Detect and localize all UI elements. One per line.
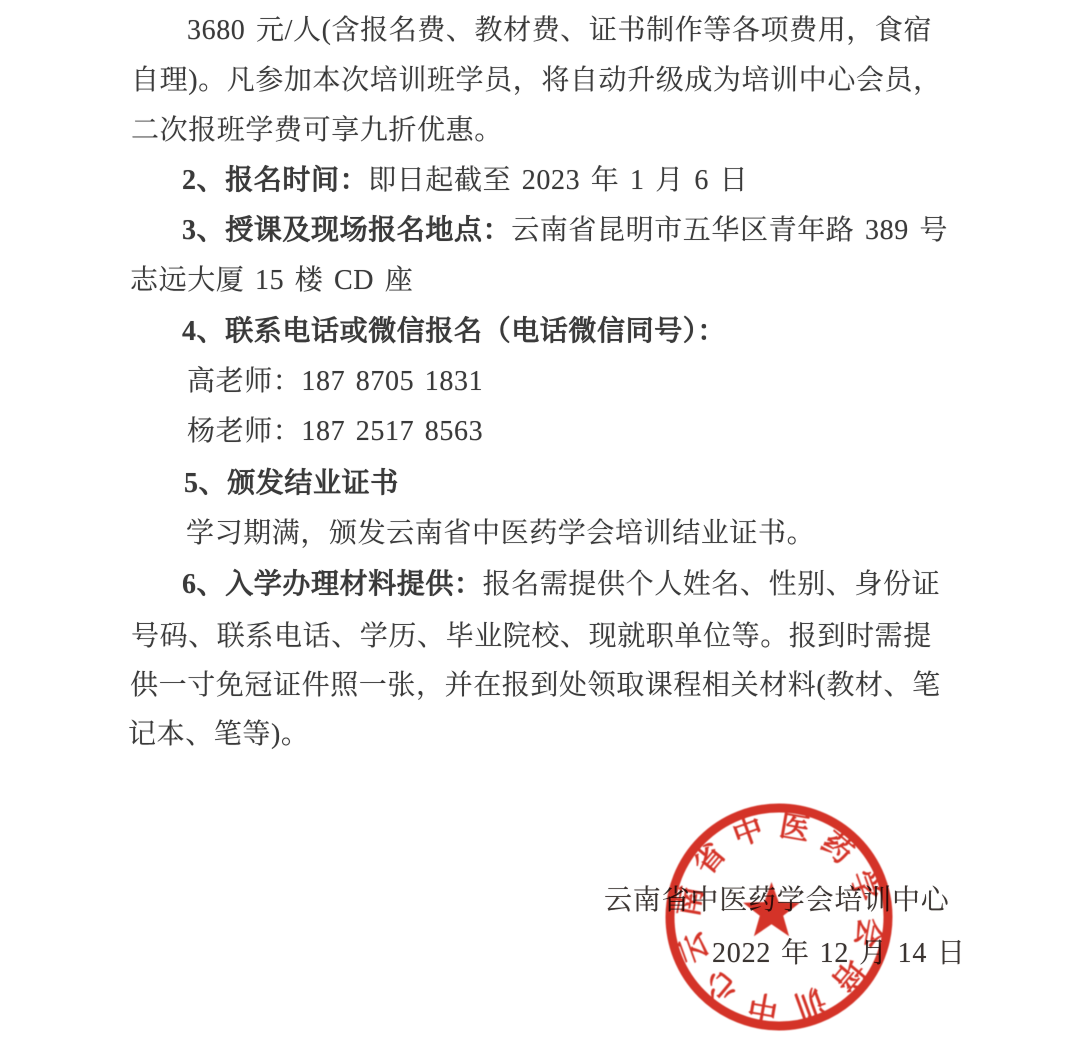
text-line: 学习期满，颁发云南省中医药学会培训结业证书。	[186, 516, 815, 552]
text-line: 5、颁发结业证书	[184, 466, 399, 502]
document-page: 3680 元/人(含报名费、教材费、证书制作等各项费用，食宿 自理)。凡参加本次…	[0, 0, 1080, 1045]
text-line: 3680 元/人(含报名费、教材费、证书制作等各项费用，食宿	[187, 13, 932, 49]
line-text: 杨老师：187 2517 8563	[187, 416, 483, 447]
line-heading: 2、报名时间：	[182, 165, 368, 196]
line-text: 二次报班学费可享九折优惠。	[131, 115, 503, 146]
line-text: 学习期满，颁发云南省中医药学会培训结业证书。	[186, 518, 815, 549]
text-line: 自理)。凡参加本次培训班学员，将自动升级成为培训中心会员，	[131, 63, 942, 99]
line-text: 号码、联系电话、学历、毕业院校、现就职单位等。报到时需提	[131, 621, 932, 652]
line-text: 志远大厦 15 楼 CD 座	[130, 265, 413, 296]
line-text: 3680 元/人(含报名费、教材费、证书制作等各项费用，食宿	[187, 15, 932, 46]
line-text: 云南省昆明市五华区青年路 389 号	[511, 215, 948, 246]
line-heading: 3、授课及现场报名地点：	[182, 215, 511, 246]
stamp-arc-char: 中	[746, 987, 781, 1025]
stamp-arc-char: 医	[777, 810, 812, 848]
text-line: 记本、笔等)。	[128, 717, 310, 753]
stamp-arc-char: 南	[672, 884, 710, 919]
text-line: 杨老师：187 2517 8563	[187, 414, 483, 450]
text-line: 二次报班学费可享九折优惠。	[131, 113, 503, 149]
text-line: 6、入学办理材料提供：报名需提供个人姓名、性别、身份证	[182, 567, 940, 603]
line-heading: 4、联系电话或微信报名（电话微信同号）：	[182, 316, 726, 347]
line-text: 自理)。凡参加本次培训班学员，将自动升级成为培训中心会员，	[131, 65, 942, 96]
text-line: 志远大厦 15 楼 CD 座	[130, 263, 413, 299]
stamp-star-icon	[743, 882, 800, 936]
text-line: 4、联系电话或微信报名（电话微信同号）：	[182, 314, 726, 350]
text-line: 供一寸免冠证件照一张，并在报到处领取课程相关材料(教材、笔	[130, 668, 941, 704]
line-heading: 6、入学办理材料提供：	[182, 569, 483, 600]
text-line: 号码、联系电话、学历、毕业院校、现就职单位等。报到时需提	[131, 619, 932, 655]
line-text: 即日起截至 2023 年 1 月 6 日	[368, 165, 748, 196]
line-text: 供一寸免冠证件照一张，并在报到处领取课程相关材料(教材、笔	[130, 670, 941, 701]
line-text: 报名需提供个人姓名、性别、身份证	[483, 569, 941, 600]
text-line: 3、授课及现场报名地点：云南省昆明市五华区青年路 389 号	[182, 213, 948, 249]
line-text: 记本、笔等)。	[128, 719, 310, 750]
line-heading: 5、颁发结业证书	[184, 468, 399, 499]
stamp-arc-char: 会	[849, 915, 887, 950]
line-text: 高老师：187 8705 1831	[187, 366, 483, 397]
official-seal-stamp: 云 南 省 中 医 药 学 会 培 训 中 心	[659, 797, 899, 1037]
text-line: 高老师：187 8705 1831	[187, 364, 483, 400]
text-line: 2、报名时间：即日起截至 2023 年 1 月 6 日	[182, 163, 748, 199]
